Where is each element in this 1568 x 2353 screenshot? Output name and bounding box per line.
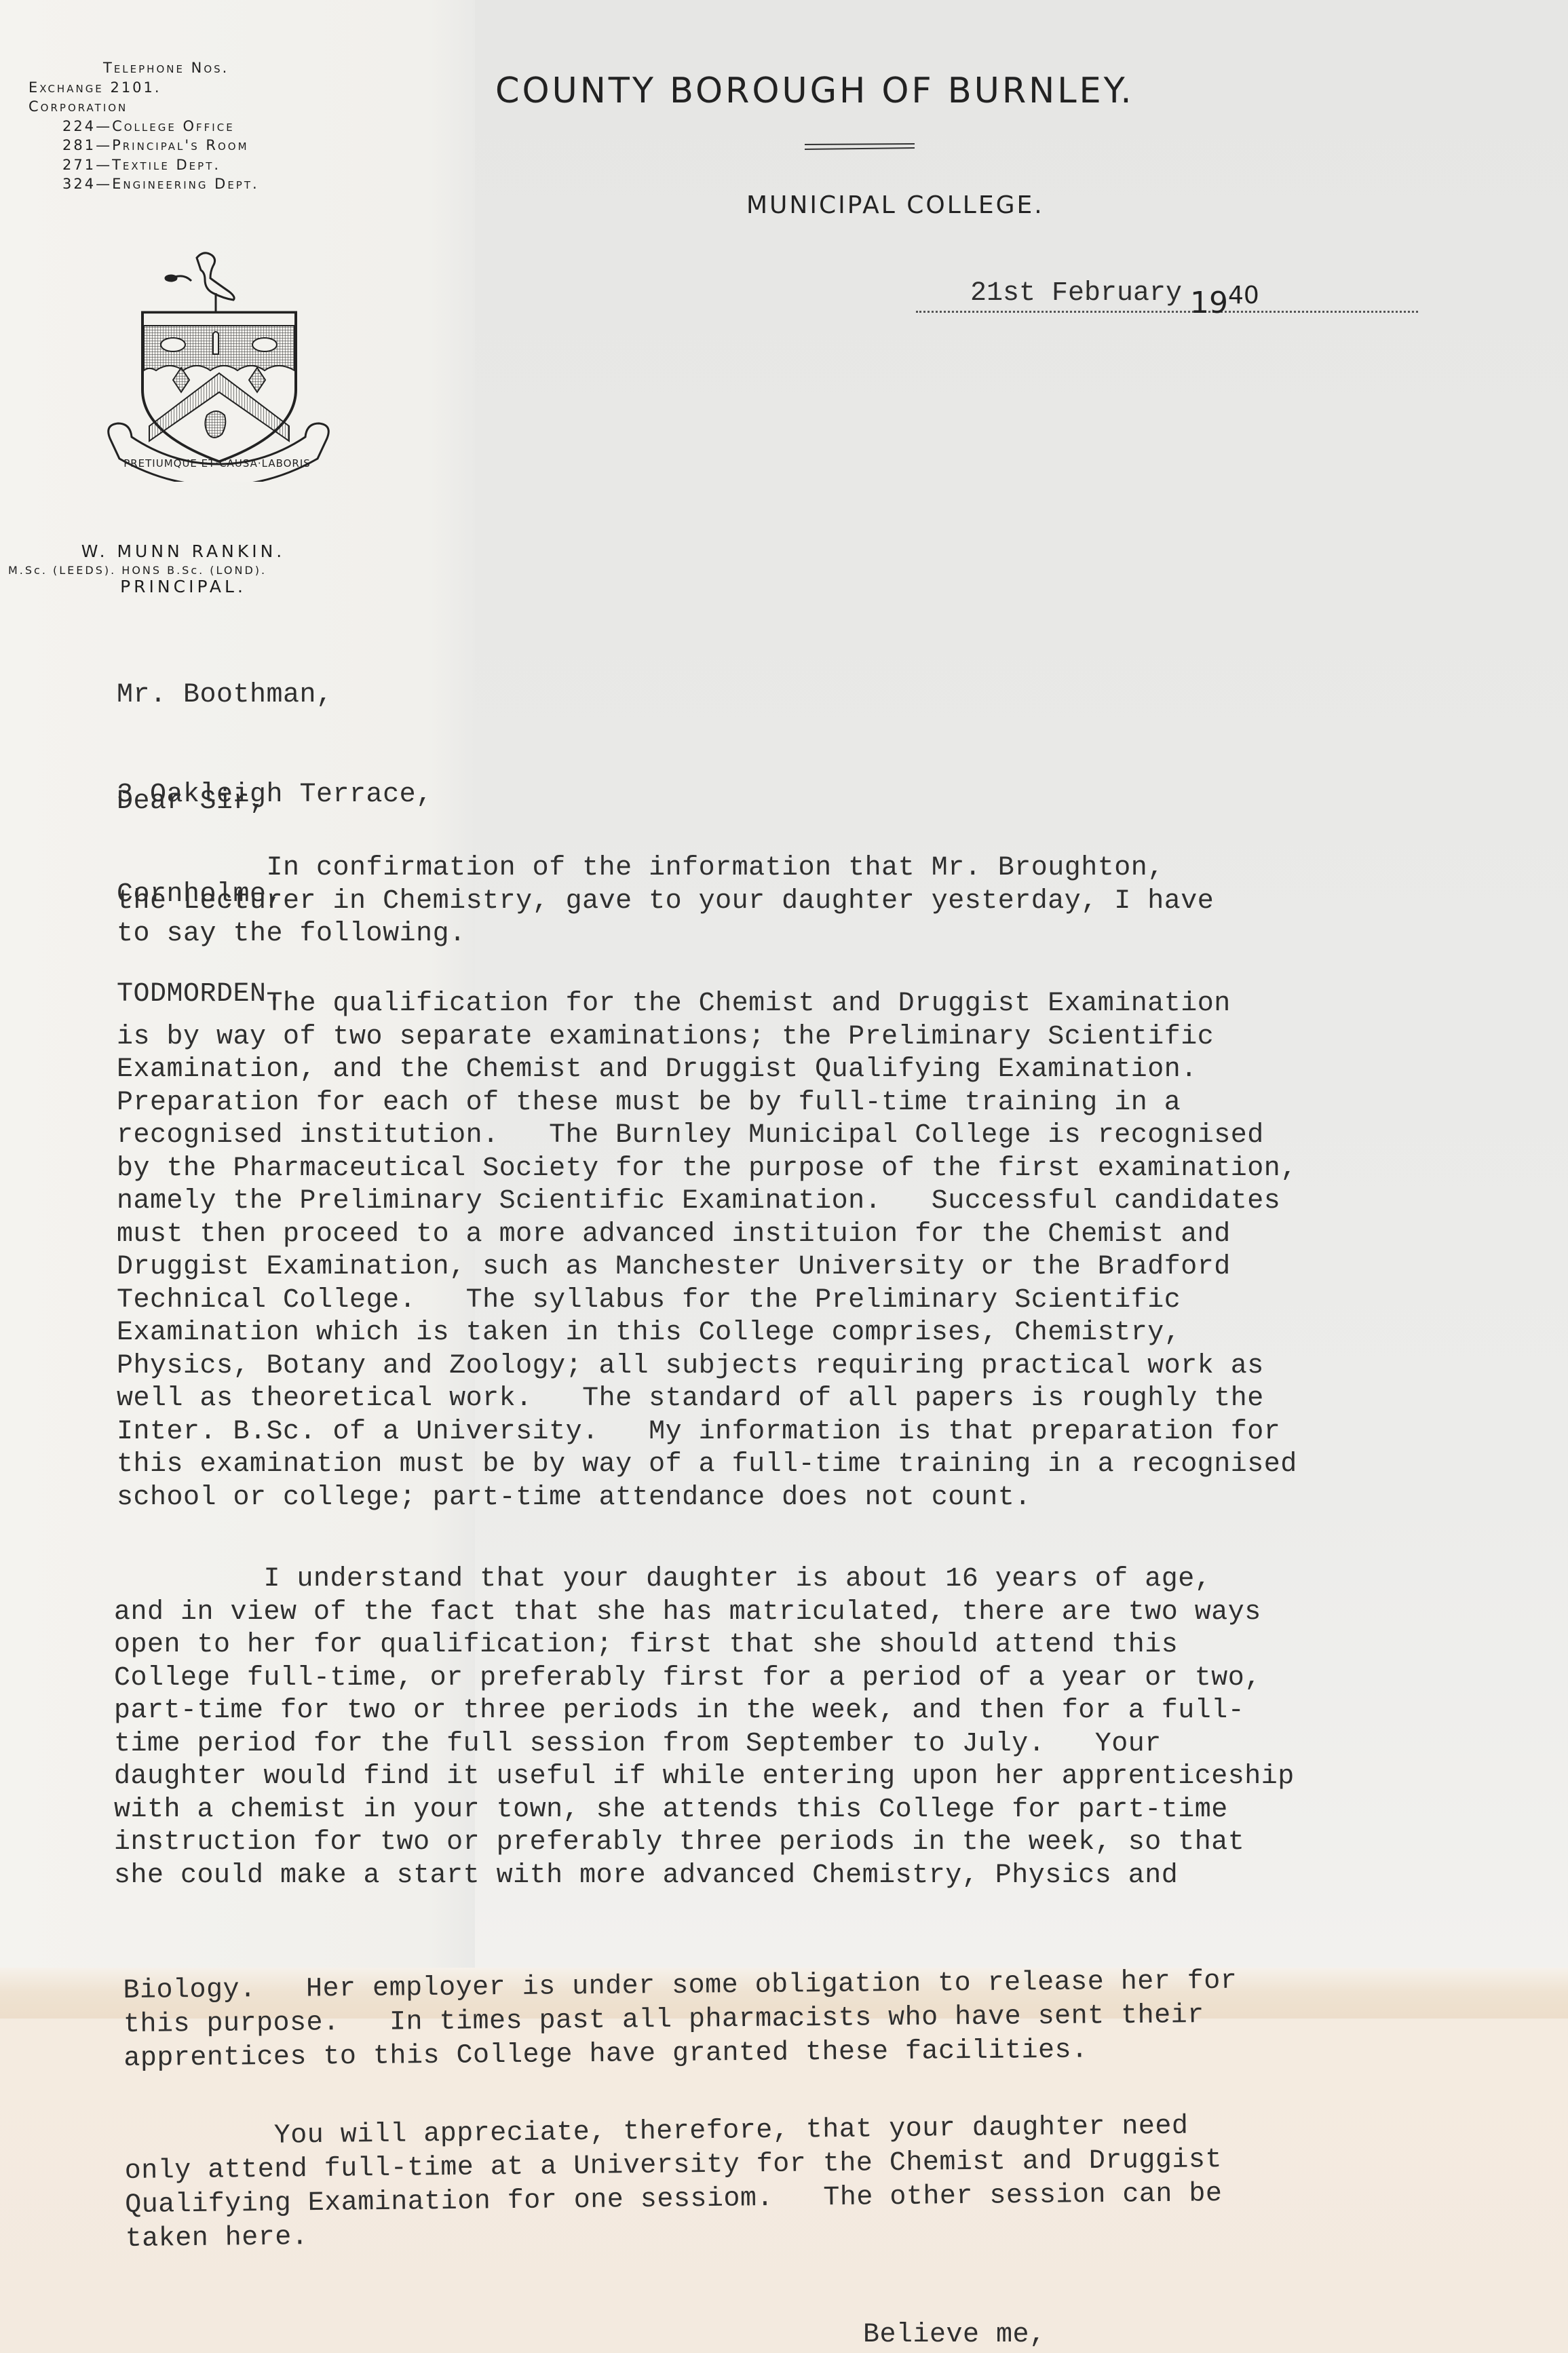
- recipient-address: Mr. Boothman, 3 Oakleigh Terrace, Cornho…: [117, 612, 433, 1044]
- paragraph-line: In confirmation of the information that …: [117, 852, 1214, 885]
- paragraph-line: namely the Preliminary Scientific Examin…: [117, 1185, 1297, 1219]
- bird-crest: [166, 253, 234, 320]
- paragraph-line: instruction for two or preferably three …: [114, 1826, 1295, 1860]
- paragraph-line: Technical College. The syllabus for the …: [117, 1284, 1297, 1318]
- paragraph-line: she could make a start with more advance…: [114, 1860, 1295, 1893]
- paragraph-line: College full-time, or preferably first f…: [114, 1662, 1295, 1696]
- salutation: Dear Sir,: [117, 786, 267, 819]
- date-year-prefix: 19: [1190, 286, 1228, 320]
- telephone-exchange: Exchange 2101.: [28, 78, 259, 98]
- paragraph-line: the Lecturer in Chemistry, gave to your …: [117, 885, 1214, 919]
- telephone-numbers: Telephone Nos. Exchange 2101. Corporatio…: [28, 58, 259, 194]
- closing: Believe me,: [863, 2319, 1046, 2352]
- date-dotted-rule: [916, 311, 1418, 313]
- paragraph-line: open to her for qualification; first tha…: [114, 1629, 1295, 1662]
- paragraph-line: Preparation for each of these must be by…: [117, 1087, 1297, 1120]
- paragraph-line: to say the following.: [117, 918, 1214, 951]
- paragraph-line: part-time for two or three periods in th…: [114, 1695, 1295, 1728]
- body-paragraph: Biology. Her employer is under some obli…: [123, 1965, 1238, 2076]
- date-day-month: 21st February: [970, 278, 1182, 309]
- paragraph-line: must then proceed to a more advanced ins…: [117, 1219, 1297, 1252]
- paragraph-line: Inter. B.Sc. of a University. My informa…: [117, 1416, 1297, 1449]
- coat-of-arms-icon: PRETIUMQUE·ET·CAUSA·LABORIS: [95, 237, 339, 482]
- double-rule-divider: [805, 143, 915, 151]
- principal-qualifications: M.Sc. (LEEDS). HONS B.Sc. (LOND).: [0, 564, 366, 577]
- telephone-corporation: Corporation: [28, 97, 259, 117]
- date-field: 21st February: [916, 277, 1425, 318]
- institution-title: MUNICIPAL COLLEGE.: [746, 191, 1044, 219]
- telephone-extension: 281—Principal's Room: [28, 136, 259, 155]
- paragraph-line: recognised institution. The Burnley Muni…: [117, 1120, 1297, 1153]
- crest-motto: PRETIUMQUE·ET·CAUSA·LABORIS: [123, 457, 311, 470]
- paragraph-line: well as theoretical work. The standard o…: [117, 1383, 1297, 1416]
- address-line: Mr. Boothman,: [117, 678, 433, 712]
- paragraph-line: Examination, and the Chemist and Druggis…: [117, 1054, 1297, 1087]
- telephone-extension: 271—Textile Dept.: [28, 155, 259, 175]
- date-year-suffix: 40: [1228, 282, 1259, 309]
- body-paragraph: In confirmation of the information that …: [117, 852, 1214, 951]
- paragraph-line: with a chemist in your town, she attends…: [114, 1794, 1295, 1827]
- telephone-extension: 324—Engineering Dept.: [28, 174, 259, 194]
- principal-block: W. MUNN RANKIN. M.Sc. (LEEDS). HONS B.Sc…: [0, 541, 366, 596]
- paragraph-line: I understand that your daughter is about…: [114, 1563, 1295, 1596]
- paragraph-line: time period for the full session from Se…: [114, 1728, 1295, 1761]
- body-paragraph: You will appreciate, therefore, that you…: [124, 2109, 1223, 2257]
- paragraph-line: daughter would find it useful if while e…: [114, 1761, 1295, 1794]
- paragraph-line: Physics, Botany and Zoology; all subject…: [117, 1350, 1297, 1383]
- body-paragraph: I understand that your daughter is about…: [114, 1563, 1295, 1892]
- paragraph-line: The qualification for the Chemist and Dr…: [117, 988, 1297, 1021]
- authority-title: COUNTY BOROUGH OF BURNLEY.: [495, 71, 1134, 111]
- principal-name: W. MUNN RANKIN.: [0, 541, 366, 561]
- paragraph-line: by the Pharmaceutical Society for the pu…: [117, 1153, 1297, 1186]
- paragraph-line: is by way of two separate examinations; …: [117, 1021, 1297, 1054]
- paragraph-line: Examination which is taken in this Colle…: [117, 1317, 1297, 1350]
- paragraph-line: Druggist Examination, such as Manchester…: [117, 1251, 1297, 1284]
- paragraph-line: and in view of the fact that she has mat…: [114, 1596, 1295, 1630]
- date-year: 1940: [1190, 282, 1259, 320]
- body-paragraph: The qualification for the Chemist and Dr…: [117, 988, 1297, 1514]
- paragraph-line: this examination must be by way of a ful…: [117, 1449, 1297, 1482]
- telephone-extension: 224—College Office: [28, 117, 259, 136]
- principal-role: PRINCIPAL.: [0, 577, 366, 596]
- telephone-title: Telephone Nos.: [28, 58, 259, 78]
- paragraph-line: school or college; part-time attendance …: [117, 1482, 1297, 1515]
